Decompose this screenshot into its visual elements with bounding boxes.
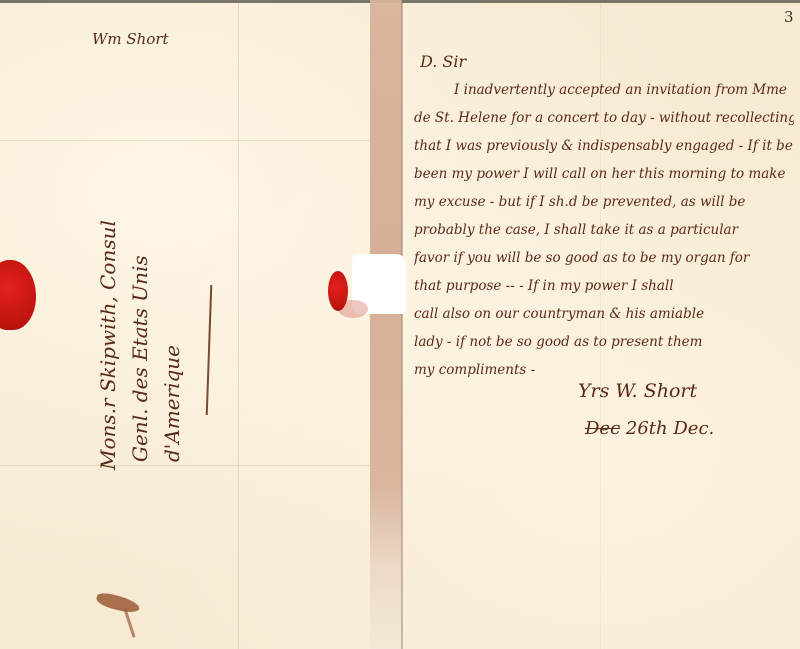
address-underline [206, 285, 212, 415]
body-line: that purpose -- - If in my power I shall [414, 272, 794, 300]
signature: Yrs W. Short [578, 380, 697, 402]
docket-note: Wm Short [92, 30, 169, 48]
ink-stain [95, 591, 141, 615]
body-line: been my power I will call on her this mo… [414, 160, 794, 188]
body-line: my excuse - but if I sh.d be prevented, … [414, 188, 794, 216]
spine-stain [370, 0, 402, 649]
address-line: Genl. des Etats Unis [124, 140, 156, 470]
body-line: that I was previously & indispensably en… [414, 132, 794, 160]
date-text: 26th Dec. [626, 418, 714, 439]
page-number: 3 [784, 8, 794, 26]
letter-sheet: Wm Short 3 Mons.r Skipwith, Consul Genl.… [0, 0, 800, 649]
address-block: Mons.r Skipwith, Consul Genl. des Etats … [92, 140, 188, 470]
fold-line [238, 0, 239, 649]
wax-seal-center [328, 271, 348, 311]
body-line: favor if you will be so good as to be my… [414, 244, 794, 272]
wax-seal-left [0, 260, 36, 330]
body-line: probably the case, I shall take it as a … [414, 216, 794, 244]
body-line: call also on our countryman & his amiabl… [414, 300, 794, 328]
struck-text: Dec [585, 418, 620, 439]
letter-body: D. Sir I inadvertently accepted an invit… [414, 48, 794, 384]
body-line: I inadvertently accepted an invitation f… [414, 76, 794, 104]
address-line: d'Amerique [156, 140, 188, 470]
address-line: Mons.r Skipwith, Consul [92, 140, 124, 470]
ink-stain-tail [123, 608, 135, 637]
body-line: de St. Helene for a concert to day - wit… [414, 104, 794, 132]
body-line: lady - if not be so good as to present t… [414, 328, 794, 356]
letter-date: Dec 26th Dec. [585, 418, 714, 439]
salutation: D. Sir [420, 48, 794, 76]
center-fold [401, 0, 403, 649]
